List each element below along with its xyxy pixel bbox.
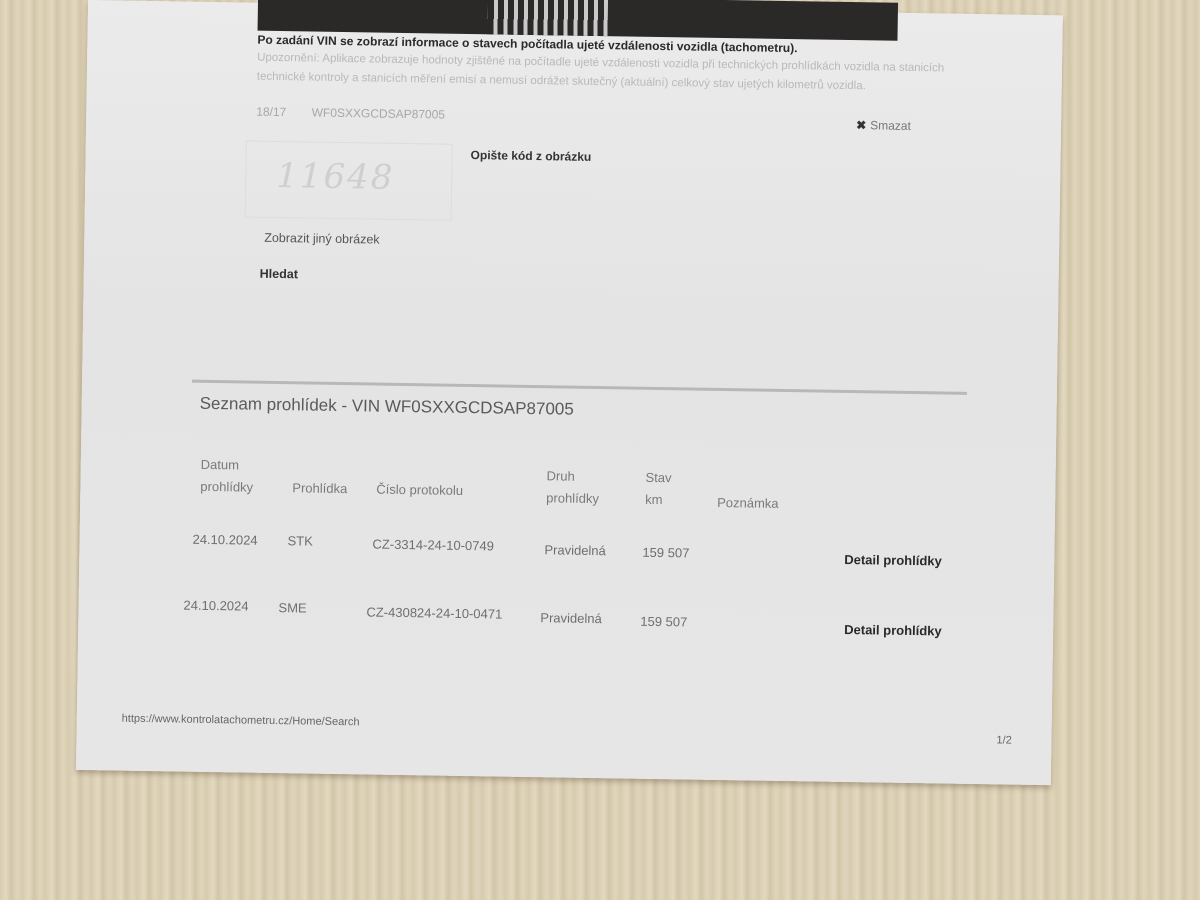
row1-kind: Pravidelná [544,542,606,558]
header-protocol: Číslo protokolu [376,479,463,502]
header-km: Stav km [645,467,686,512]
row2-date: 24.10.2024 [183,598,248,614]
row2-type: SME [278,600,306,615]
header-date: Datum prohlídky [200,454,271,499]
header-note: Poznámka [717,492,779,515]
refresh-captcha-link[interactable]: Zobrazit jiný obrázek [264,231,380,247]
search-button[interactable]: Hledat [260,267,298,282]
row1-protocol: CZ-3314-24-10-0749 [372,537,494,554]
delete-button[interactable]: ✖Smazat [856,118,911,133]
captcha-label: Opište kód z obrázku [471,148,592,164]
close-icon: ✖ [856,118,866,132]
header-type: Prohlídka [292,477,347,500]
footer-url: https://www.kontrolatachometru.cz/Home/S… [122,713,360,729]
row2-kind: Pravidelná [540,610,602,626]
captcha-text: 11648 [276,156,395,198]
row2-km: 159 507 [640,614,687,630]
row1-type: STK [287,533,313,548]
warning-text: Upozornění: Aplikace zobrazuje hodnoty z… [257,49,958,98]
history-vin[interactable]: WF0SXXGCDSAP87005 [312,106,446,122]
row2-protocol: CZ-430824-24-10-0471 [366,604,502,621]
history-index: 18/17 [256,105,286,119]
captcha-image: 11648 [245,140,453,220]
row1-km: 159 507 [642,545,689,561]
search-history: 18/17 WF0SXXGCDSAP87005 [256,105,467,122]
header-kind: Druh prohlídky [546,465,617,510]
page-number: 1/2 [996,734,1011,746]
printed-page: Po zadání VIN se zobrazí informace o sta… [76,0,1063,785]
inspections-title: Seznam prohlídek - VIN WF0SXXGCDSAP87005 [200,394,574,420]
divider [192,380,967,395]
row2-detail-link[interactable]: Detail prohlídky [844,622,942,639]
row1-date: 24.10.2024 [192,532,257,548]
row1-detail-link[interactable]: Detail prohlídky [844,552,942,569]
